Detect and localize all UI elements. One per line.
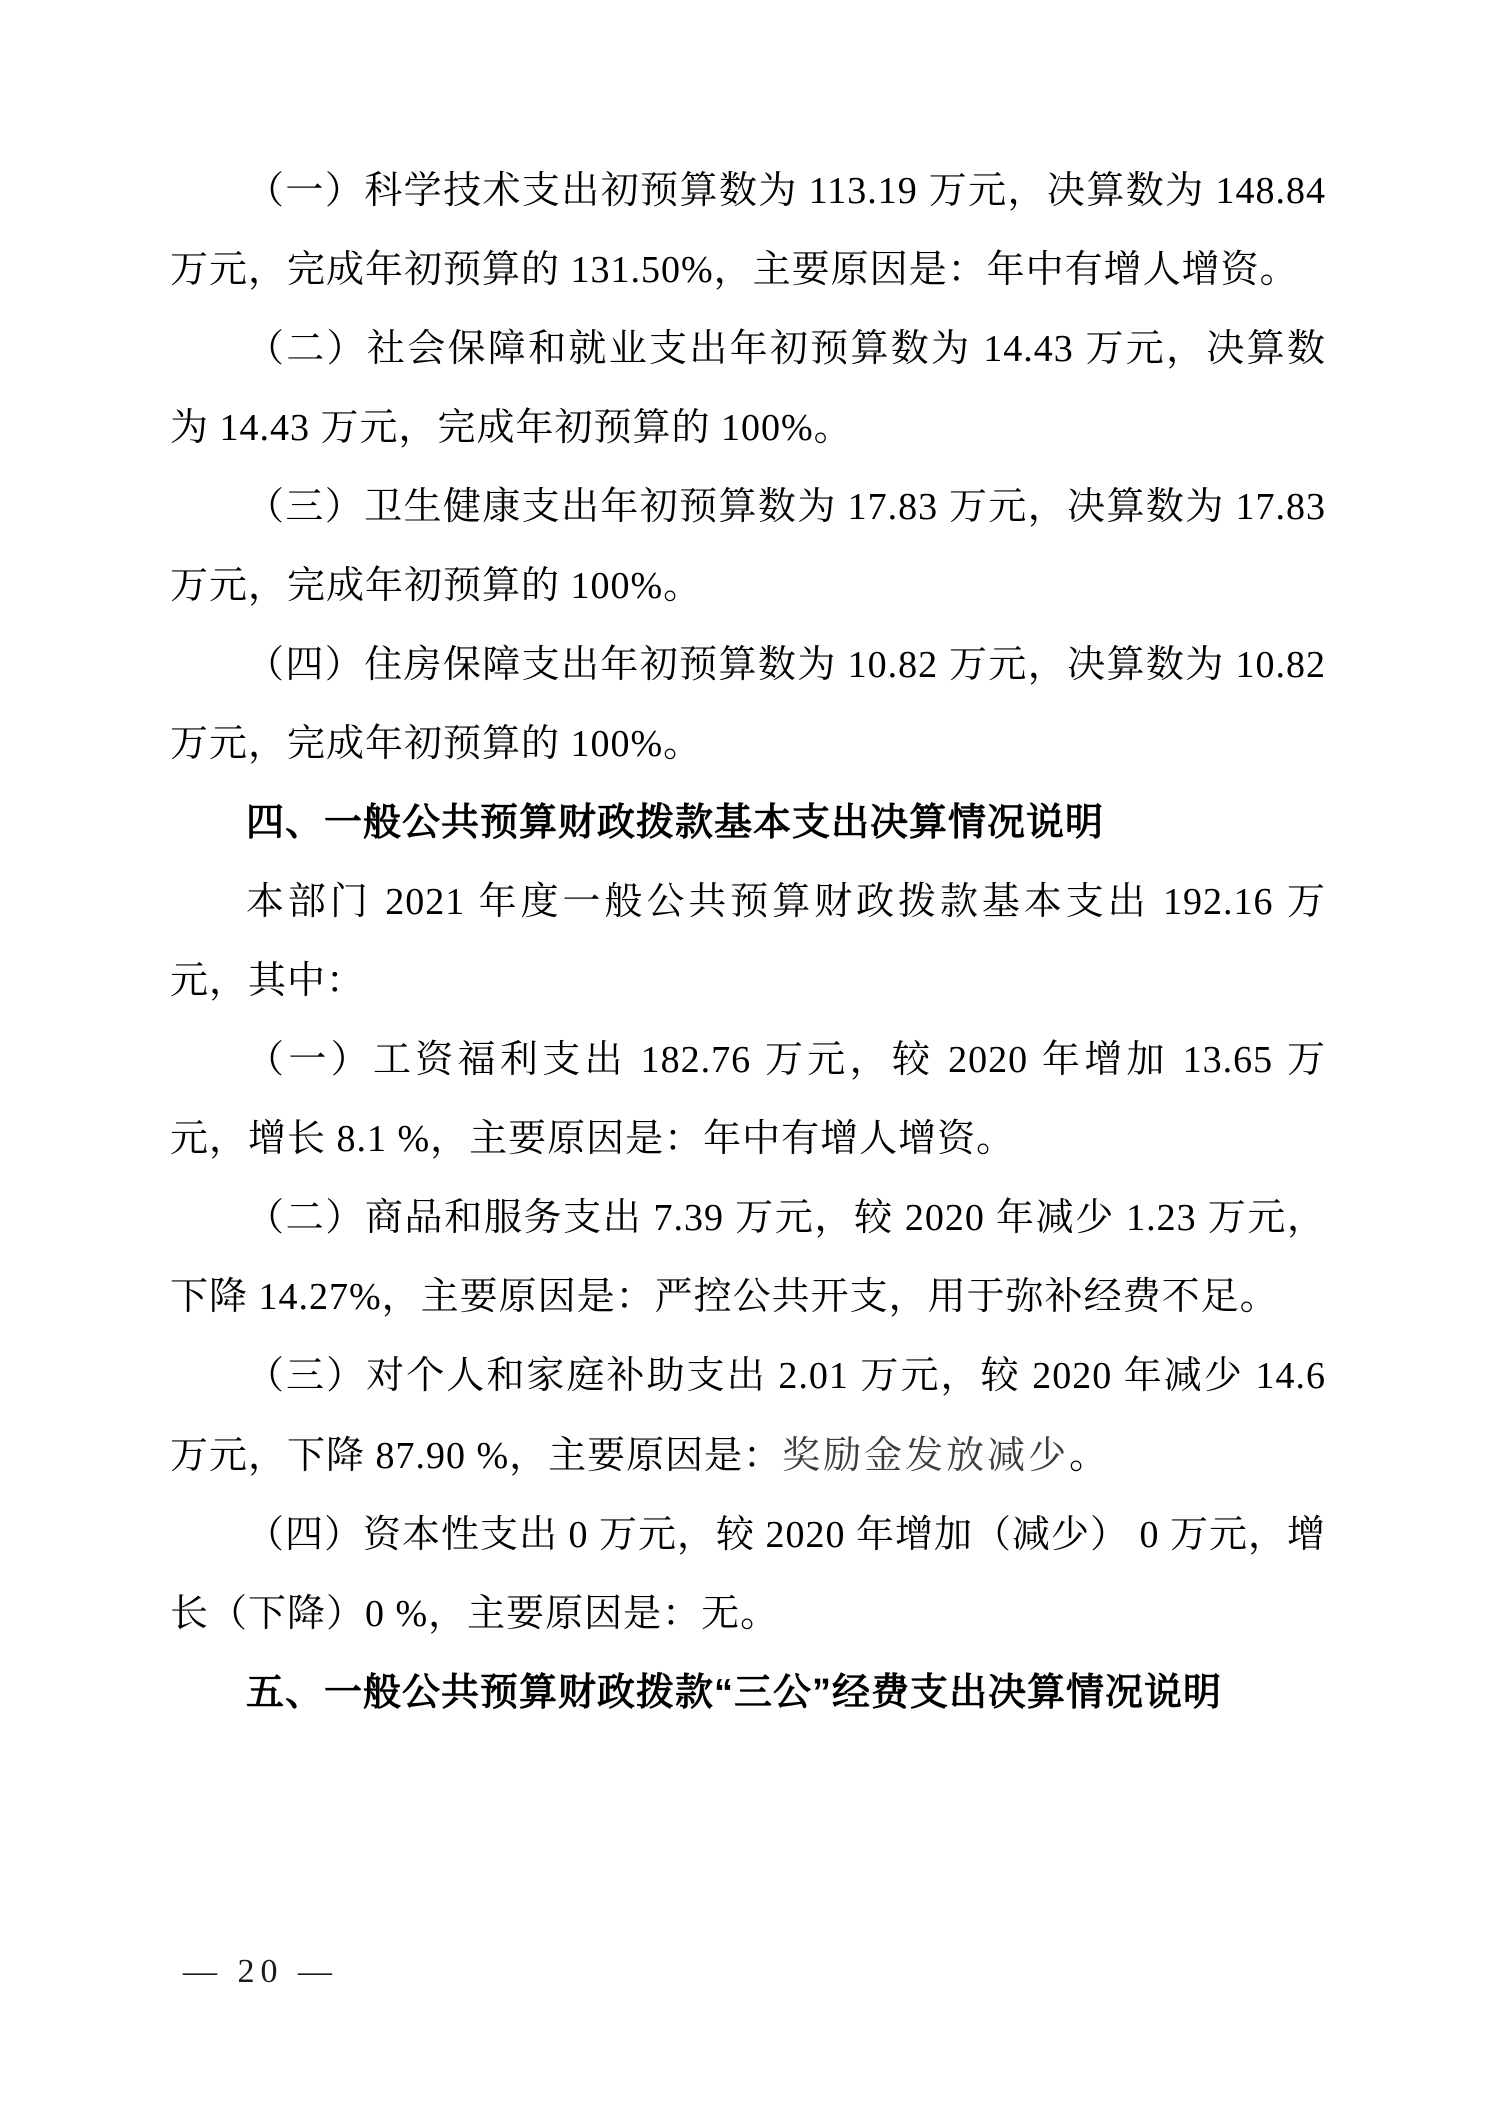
paragraph-housing-expenditure: （四）住房保障支出年初预算数为 10.82 万元，决算数为 10.82 万元，完… bbox=[170, 626, 1326, 784]
paragraph-capital-expenditure: （四）资本性支出 0 万元，较 2020 年增加（减少） 0 万元，增长（下降）… bbox=[170, 1496, 1326, 1654]
paragraph-health-expenditure: （三）卫生健康支出年初预算数为 17.83 万元，决算数为 17.83 万元，完… bbox=[170, 468, 1326, 626]
paragraph-science-tech-expenditure: （一）科学技术支出初预算数为 113.19 万元，决算数为 148.84 万元，… bbox=[170, 152, 1326, 310]
subsidy-reason-annotation: 奖励金发放减少 bbox=[782, 1433, 1069, 1477]
subsidy-text-lead: （三）对个人和家庭补助支出 2.01 万元，较 2020 年减少 14.6 万元… bbox=[170, 1355, 1326, 1477]
paragraph-basic-expenditure-total: 本部门 2021 年度一般公共预算财政拨款基本支出 192.16 万元，其中： bbox=[170, 863, 1326, 1021]
paragraph-individual-family-subsidy: （三）对个人和家庭补助支出 2.01 万元，较 2020 年减少 14.6 万元… bbox=[170, 1337, 1326, 1496]
page-number: — 20 — bbox=[183, 1953, 338, 1990]
page-footer: — 20 — bbox=[183, 1952, 338, 1992]
paragraph-goods-services-expenditure: （二）商品和服务支出 7.39 万元，较 2020 年减少 1.23 万元，下降… bbox=[170, 1179, 1326, 1337]
document-body: （一）科学技术支出初预算数为 113.19 万元，决算数为 148.84 万元，… bbox=[170, 152, 1326, 1733]
paragraph-social-security-expenditure: （二）社会保障和就业支出年初预算数为 14.43 万元，决算数为 14.43 万… bbox=[170, 310, 1326, 468]
subsidy-text-tail: 。 bbox=[1069, 1435, 1108, 1477]
section-heading-three-public-funds: 五、一般公共预算财政拨款“三公”经费支出决算情况说明 bbox=[170, 1654, 1326, 1733]
section-heading-basic-expenditure: 四、一般公共预算财政拨款基本支出决算情况说明 bbox=[170, 784, 1326, 863]
paragraph-wage-welfare-expenditure: （一）工资福利支出 182.76 万元，较 2020 年增加 13.65 万元，… bbox=[170, 1021, 1326, 1179]
document-page: （一）科学技术支出初预算数为 113.19 万元，决算数为 148.84 万元，… bbox=[0, 0, 1486, 2103]
